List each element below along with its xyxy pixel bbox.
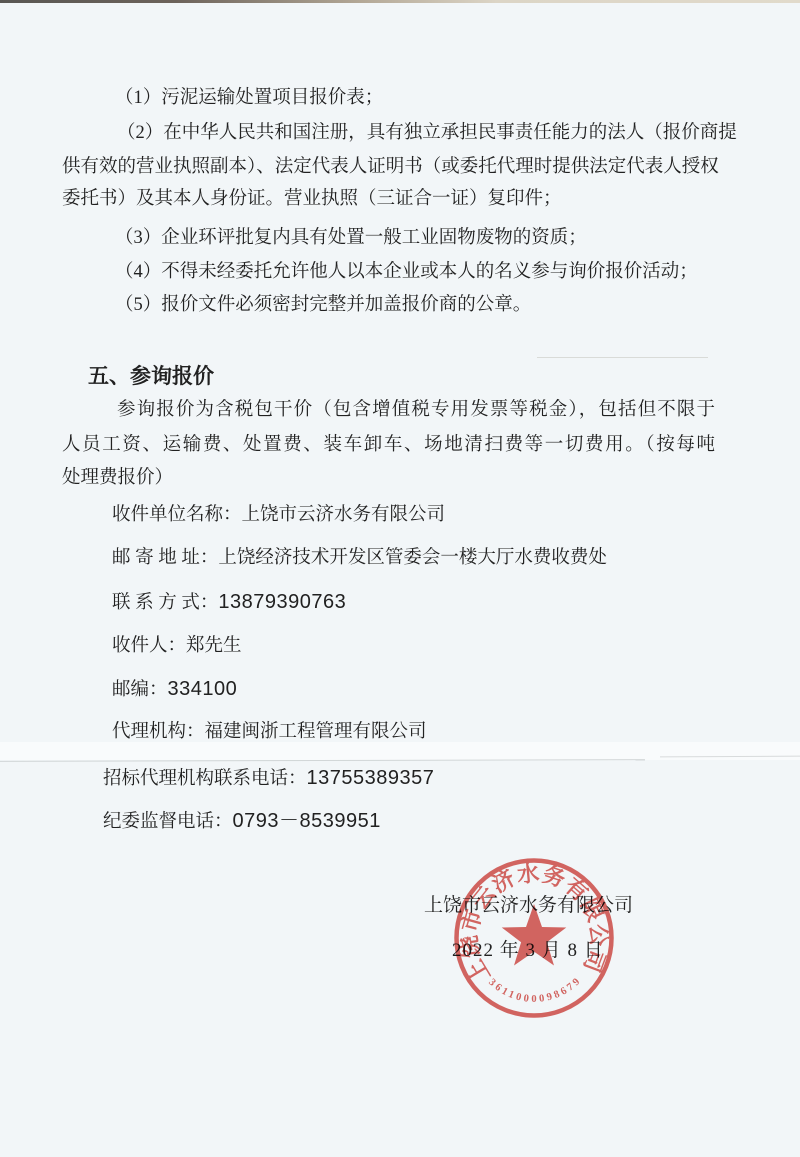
contact-row-recipient-org: 收件单位名称：上饶市云济水务有限公司: [112, 500, 445, 530]
contact-label: 邮编：: [112, 680, 168, 700]
contact-value-phone: 13879390763: [218, 591, 346, 613]
contact-row-agency-phone: 招标代理机构联系电话：13755389357: [103, 763, 434, 793]
contact-value-supervision-phone: 0793－8539951: [233, 810, 381, 832]
contact-row-supervision-phone: 纪委监督电话：0793－8539951: [103, 806, 381, 836]
seal-number: 3611000098679: [486, 977, 582, 1005]
svg-text:3611000098679: 3611000098679: [486, 977, 582, 1005]
contact-value: 福建闽浙工程管理有限公司: [205, 722, 427, 742]
seal-star-icon: [502, 904, 567, 966]
contact-label: 邮 寄 地 址：: [112, 548, 218, 568]
contact-row-mail-address: 邮 寄 地 址：上饶经济技术开发区管委会一楼大厅水费收费处: [112, 543, 607, 573]
faint-scan-line: [537, 357, 708, 358]
requirement-item-2: （2）在中华人民共和国注册，具有独立承担民事责任能力的法人（报价商提: [117, 118, 715, 148]
requirement-item-2-cont: 供有效的营业执照副本）、法定代表人证明书（或委托代理时提供法定代表人授权: [62, 152, 715, 182]
contact-label: 收件单位名称：: [112, 505, 242, 525]
requirement-item-1: （1）污泥运输处置项目报价表；: [115, 83, 383, 113]
contact-row-postcode: 邮编：334100: [112, 674, 237, 704]
quote-para-line-2: 人员工资、运输费、处置费、装车卸车、场地清扫费等一切费用。（按每吨: [62, 430, 715, 460]
contact-label: 联 系 方 式：: [112, 593, 218, 613]
contact-label: 代理机构：: [112, 722, 205, 742]
contact-value: 郑先生: [186, 636, 242, 656]
scan-edge-artifact: [0, 0, 800, 3]
contact-row-phone: 联 系 方 式：13879390763: [112, 587, 346, 617]
requirement-item-4: （4）不得未经委托允许他人以本企业或本人的名义参与询价报价活动；: [115, 257, 698, 287]
contact-label: 招标代理机构联系电话：: [103, 769, 307, 789]
contact-value: 上饶市云济水务有限公司: [242, 505, 446, 525]
company-seal: 上饶市云济水务有限公司 3611000098679: [444, 848, 624, 1028]
contact-label: 纪委监督电话：: [103, 812, 233, 832]
quote-para-line-1: 参询报价为含税包干价（包含增值税专用发票等税金），包括但不限于: [117, 395, 715, 425]
quote-para-line-3: 处理费报价）: [62, 463, 173, 493]
contact-row-recipient-person: 收件人：郑先生: [112, 631, 242, 661]
contact-label: 收件人：: [112, 636, 186, 656]
contact-value: 上饶经济技术开发区管委会一楼大厅水费收费处: [218, 548, 607, 568]
requirement-item-3: （3）企业环评批复内具有处置一般工业固物废物的资质；: [115, 223, 587, 253]
requirement-item-5: （5）报价文件必须密封完整并加盖报价商的公章。: [115, 290, 531, 320]
scan-band-artifact: [0, 742, 800, 760]
contact-value-postcode: 334100: [168, 678, 238, 700]
scanned-document-page: （1）污泥运输处置项目报价表； （2）在中华人民共和国注册，具有独立承担民事责任…: [0, 0, 800, 1157]
section-heading: 五、参询报价: [88, 358, 214, 394]
contact-value-agency-phone: 13755389357: [307, 767, 435, 789]
requirement-item-2-end: 委托书）及其本人身份证。营业执照（三证合一证）复印件；: [62, 184, 562, 214]
